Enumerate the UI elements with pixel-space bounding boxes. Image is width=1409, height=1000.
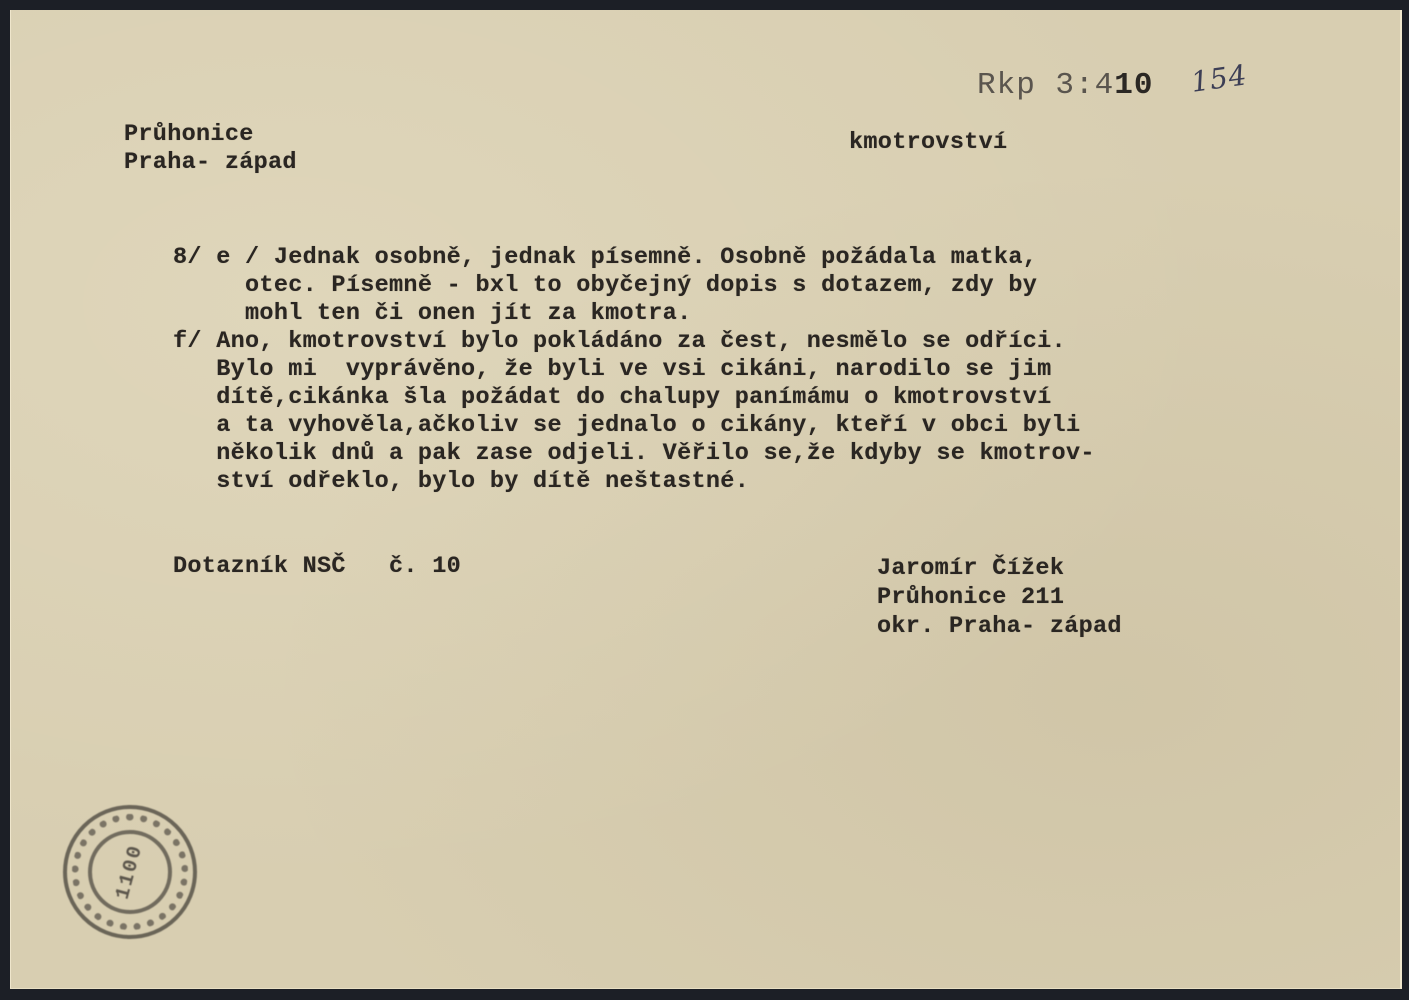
body-line: mohl ten či onen jít za kmotra. <box>173 300 691 328</box>
questionnaire-reference: Dotazník NSČ č. 10 <box>173 553 461 581</box>
shelfmark-typed: Rkp 3:4 <box>977 68 1114 103</box>
author-district: okr. Praha- západ <box>877 613 1122 641</box>
archive-stamp: 1100 <box>63 805 197 939</box>
body-line: otec. Písemně - bxl to obyčejný dopis s … <box>173 272 1037 300</box>
archive-card: Rkp 3:410 154 Průhonice Praha- západ kmo… <box>10 10 1402 989</box>
place-line-1: Průhonice <box>124 121 254 149</box>
body-line: dítě,cikánka šla požádat do chalupy paní… <box>173 384 1052 412</box>
body-line: f/ Ano, kmotrovství bylo pokládáno za če… <box>173 328 1066 356</box>
shelfmark-overstruck: 10 <box>1114 68 1153 103</box>
body-line: 8/ e / Jednak osobně, jednak písemně. Os… <box>173 244 1037 272</box>
handwritten-number: 154 <box>1189 58 1249 99</box>
place-line-2: Praha- západ <box>124 149 297 177</box>
shelfmark: Rkp 3:410 <box>977 68 1153 103</box>
body-line: ství odřeklo, bylo by dítě neštastné. <box>173 468 749 496</box>
author-address: Průhonice 211 <box>877 584 1064 612</box>
subject-heading: kmotrovství <box>849 129 1007 157</box>
body-line: a ta vyhověla,ačkoliv se jednalo o cikán… <box>173 412 1080 440</box>
body-line: několik dnů a pak zase odjeli. Věřilo se… <box>173 440 1095 468</box>
body-line: Bylo mi vyprávěno, že byli ve vsi cikáni… <box>173 356 1052 384</box>
author-name: Jaromír Čížek <box>877 555 1064 583</box>
